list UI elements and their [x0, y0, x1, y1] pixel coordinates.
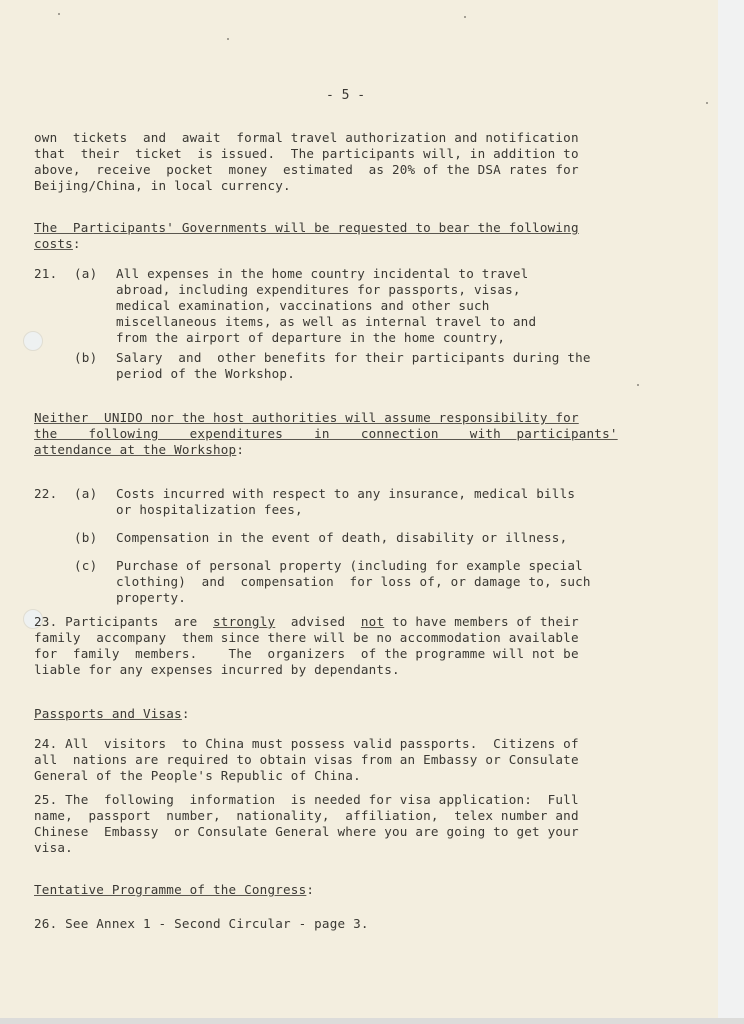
item-23-line: 23. Participants are strongly advised no… — [34, 614, 579, 630]
item-25-line: visa. — [34, 840, 73, 856]
item-number-21: 21. — [34, 266, 57, 282]
intro-line: own tickets and await formal travel auth… — [34, 130, 579, 146]
emphasis-not: not — [361, 614, 384, 629]
item-24-line: all nations are required to obtain visas… — [34, 752, 579, 768]
item-number-22: 22. — [34, 486, 57, 502]
item-21a-line: medical examination, vaccinations and ot… — [116, 298, 490, 314]
page-bottom-edge — [0, 1018, 744, 1024]
item-23-line: family accompany them since there will b… — [34, 630, 579, 646]
item-25-line: 25. The following information is needed … — [34, 792, 579, 808]
heading-line: costs — [34, 236, 73, 251]
heading-line: Neither UNIDO nor the host authorities w… — [34, 410, 579, 425]
item-21a-line: from the airport of departure in the hom… — [116, 330, 505, 346]
item-22a-line: Costs incurred with respect to any insur… — [116, 486, 575, 502]
paper-speck — [58, 13, 60, 15]
item-23-line: for family members. The organizers of th… — [34, 646, 579, 662]
section-heading-passports: Passports and Visas: — [34, 706, 190, 722]
item-22a-label: (a) — [74, 486, 97, 502]
item-22a-line: or hospitalization fees, — [116, 502, 303, 518]
item-22b-line: Compensation in the event of death, disa… — [116, 530, 567, 546]
item-21b-line: period of the Workshop. — [116, 366, 295, 382]
item-26-line: 26. See Annex 1 - Second Circular - page… — [34, 916, 369, 932]
section-heading-programme: Tentative Programme of the Congress: — [34, 882, 314, 898]
paper-speck — [706, 102, 708, 104]
section-heading-neither: attendance at the Workshop: — [34, 442, 244, 458]
section-heading-governments: The Participants' Governments will be re… — [34, 220, 579, 236]
item-21a-line: miscellaneous items, as well as internal… — [116, 314, 536, 330]
intro-line: above, receive pocket money estimated as… — [34, 162, 579, 178]
item-22c-label: (c) — [74, 558, 97, 574]
emphasis-strongly: strongly — [213, 614, 275, 629]
paper-speck — [464, 16, 466, 18]
heading-line: The Participants' Governments will be re… — [34, 220, 579, 235]
item-21a-label: (a) — [74, 266, 97, 282]
item-21b-label: (b) — [74, 350, 97, 366]
item-21b-line: Salary and other benefits for their part… — [116, 350, 591, 366]
intro-line: Beijing/China, in local currency. — [34, 178, 291, 194]
paper-speck — [227, 38, 229, 40]
section-heading-neither: Neither UNIDO nor the host authorities w… — [34, 410, 579, 426]
heading-line: attendance at the Workshop — [34, 442, 236, 457]
item-22c-line: clothing) and compensation for loss of, … — [116, 574, 591, 590]
item-21a-line: abroad, including expenditures for passp… — [116, 282, 521, 298]
punch-hole-icon — [23, 331, 43, 351]
item-22b-label: (b) — [74, 530, 97, 546]
item-25-line: Chinese Embassy or Consulate General whe… — [34, 824, 579, 840]
page-number: - 5 - — [326, 88, 365, 103]
item-25-line: name, passport number, nationality, affi… — [34, 808, 579, 824]
item-21a-line: All expenses in the home country inciden… — [116, 266, 528, 282]
item-22c-line: Purchase of personal property (including… — [116, 558, 583, 574]
paper-speck — [637, 384, 639, 386]
item-22c-line: property. — [116, 590, 186, 606]
intro-line: that their ticket is issued. The partici… — [34, 146, 579, 162]
item-24-line: 24. All visitors to China must possess v… — [34, 736, 579, 752]
heading-line: the following expenditures in connection… — [34, 426, 618, 441]
section-heading-neither: the following expenditures in connection… — [34, 426, 618, 442]
scan-margin — [718, 0, 744, 1024]
section-heading-governments-cont: costs: — [34, 236, 81, 252]
item-24-line: General of the People's Republic of Chin… — [34, 768, 361, 784]
item-23-line: liable for any expenses incurred by depe… — [34, 662, 400, 678]
